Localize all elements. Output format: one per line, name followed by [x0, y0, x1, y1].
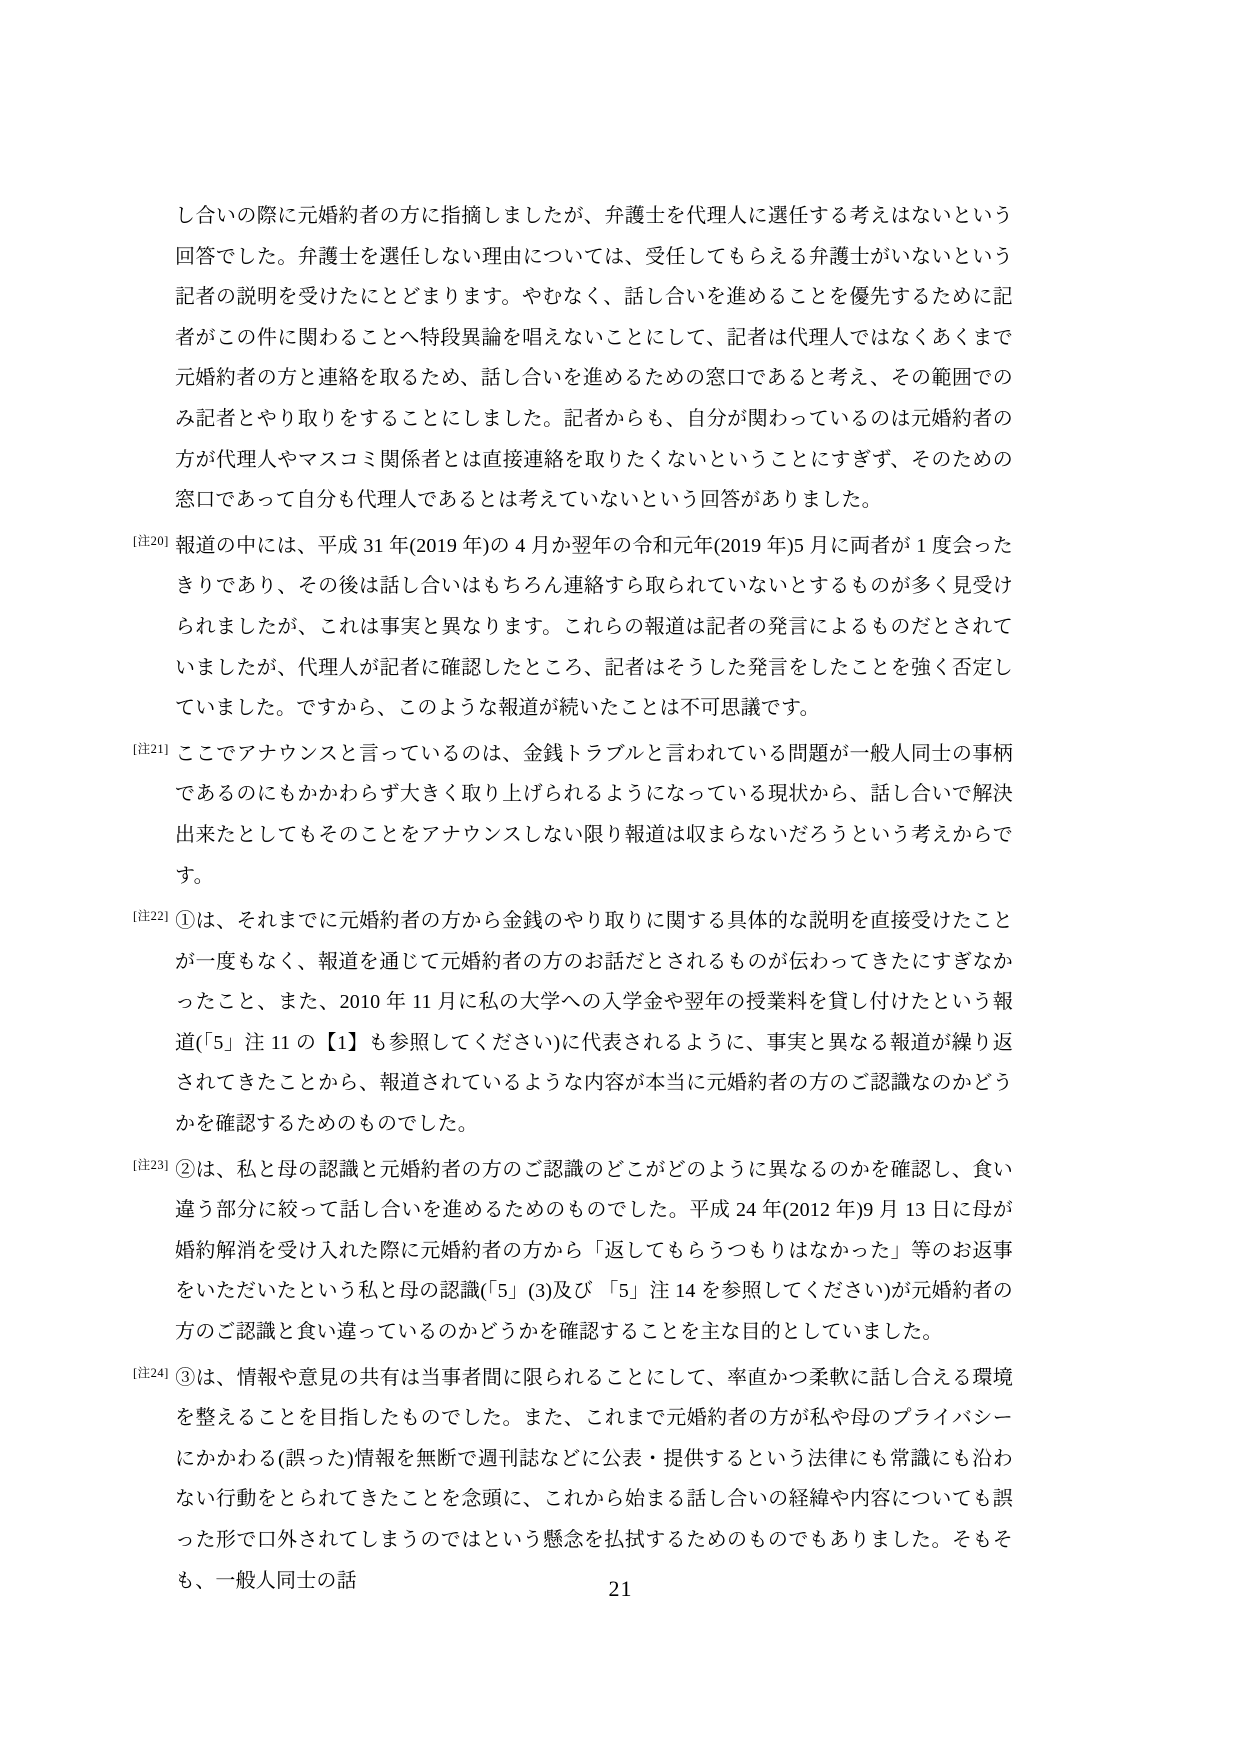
- footnote-text: 報道の中には、平成 31 年(2019 年)の 4 月か翌年の令和元年(2019…: [175, 535, 1013, 719]
- footnote-marker: [注21]: [133, 729, 175, 770]
- footnote-23: [注23]②は、私と母の認識と元婚約者の方のご認識のどこがどのように異なるのかを…: [133, 1145, 1013, 1353]
- footnote-24: [注24]③は、情報や意見の共有は当事者間に限られることにして、率直かつ柔軟に話…: [133, 1353, 1013, 1602]
- footnote-21: [注21]ここでアナウンスと言っているのは、金銭トラブルと言われている問題が一般…: [133, 729, 1013, 896]
- document-page: し合いの際に元婚約者の方に指摘しましたが、弁護士を代理人に選任する考えはないとい…: [0, 0, 1241, 1755]
- page-body: し合いの際に元婚約者の方に指摘しましたが、弁護士を代理人に選任する考えはないとい…: [133, 196, 1013, 1601]
- page-number: 21: [0, 1576, 1241, 1602]
- footnote-marker: [注22]: [133, 896, 175, 937]
- footnote-marker: [注20]: [133, 521, 175, 562]
- footnote-text: ②は、私と母の認識と元婚約者の方のご認識のどこがどのように異なるのかを確認し、食…: [175, 1159, 1013, 1343]
- footnote-22: [注22]①は、それまでに元婚約者の方から金銭のやり取りに関する具体的な説明を直…: [133, 896, 1013, 1145]
- footnote-text: ①は、それまでに元婚約者の方から金銭のやり取りに関する具体的な説明を直接受けたこ…: [175, 910, 1013, 1135]
- footnote-text: ここでアナウンスと言っているのは、金銭トラブルと言われている問題が一般人同士の事…: [175, 743, 1013, 887]
- footnote-text: ③は、情報や意見の共有は当事者間に限られることにして、率直かつ柔軟に話し合える環…: [175, 1367, 1013, 1592]
- footnote-20: [注20]報道の中には、平成 31 年(2019 年)の 4 月か翌年の令和元年…: [133, 521, 1013, 729]
- footnote-marker: [注23]: [133, 1145, 175, 1186]
- body-paragraph-continuation: し合いの際に元婚約者の方に指摘しましたが、弁護士を代理人に選任する考えはないとい…: [133, 196, 1013, 521]
- footnote-marker: [注24]: [133, 1353, 175, 1394]
